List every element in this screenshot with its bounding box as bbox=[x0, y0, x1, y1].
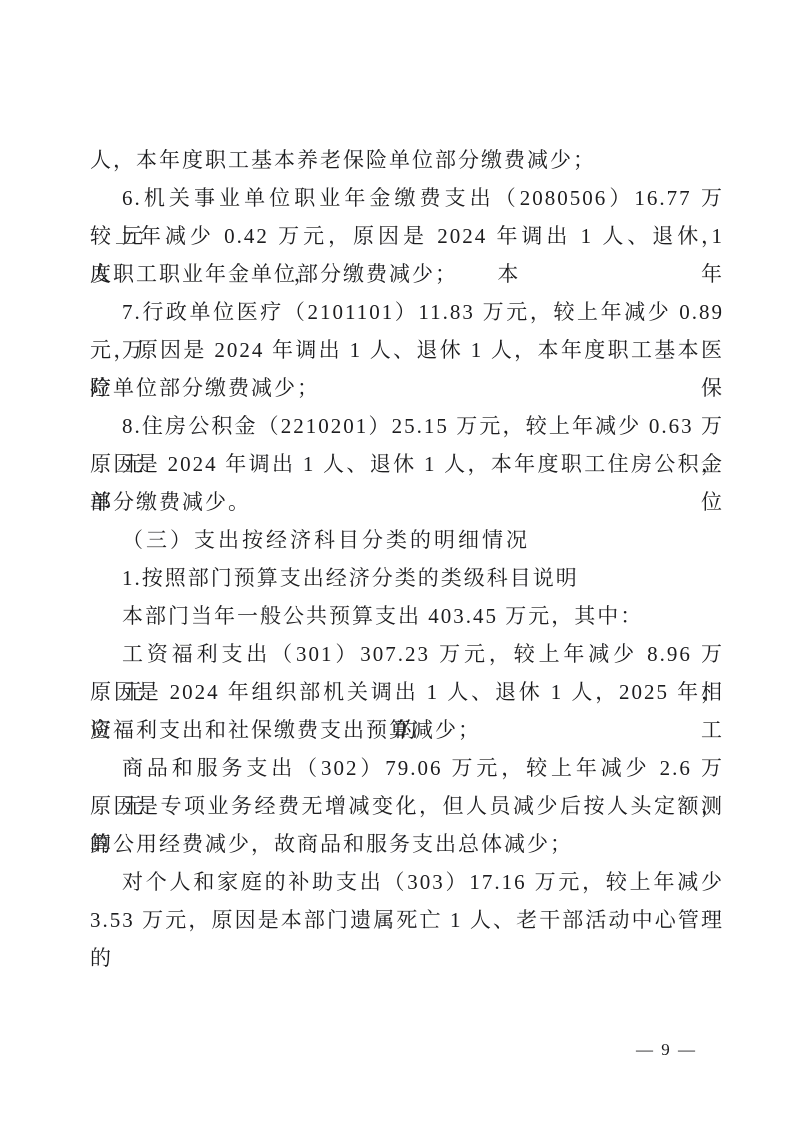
text-line: 本部门当年一般公共预算支出 403.45 万元，其中： bbox=[90, 597, 724, 635]
text-line: 的公用经费减少，故商品和服务支出总体减少； bbox=[90, 825, 724, 863]
page-number: — 9 — bbox=[636, 1038, 697, 1062]
text-line: 对个人和家庭的补助支出（303）17.16 万元，较上年减少 bbox=[90, 863, 724, 901]
text-line: 6.机关事业单位职业年金缴费支出（2080506）16.77 万元， bbox=[90, 179, 724, 217]
text-line: 人，本年度职工基本养老保险单位部分缴费减少； bbox=[90, 141, 724, 179]
text-line: 原因是专项业务经费无增减变化，但人员减少后按人头定额测算 bbox=[90, 787, 724, 825]
subsection-title: 1.按照部门预算支出经济分类的类级科目说明 bbox=[90, 559, 724, 597]
text-line: 7.行政单位医疗（2101101）11.83 万元，较上年减少 0.89 万 bbox=[90, 293, 724, 331]
text-line: 原因是 2024 年组织部机关调出 1 人、退休 1 人，2025 年相应的工 bbox=[90, 673, 724, 711]
text-line: 3.53 万元，原因是本部门遗属死亡 1 人、老干部活动中心管理的 bbox=[90, 901, 724, 939]
document-page: 人，本年度职工基本养老保险单位部分缴费减少； 6.机关事业单位职业年金缴费支出（… bbox=[0, 0, 792, 1121]
text-line: 元，原因是 2024 年调出 1 人、退休 1 人，本年度职工基本医疗保 bbox=[90, 331, 724, 369]
text-line: 商品和服务支出（302）79.06 万元，较上年减少 2.6 万元， bbox=[90, 749, 724, 787]
document-text-block: 人，本年度职工基本养老保险单位部分缴费减少； 6.机关事业单位职业年金缴费支出（… bbox=[90, 141, 724, 939]
text-line: 工资福利支出（301）307.23 万元，较上年减少 8.96 万元， bbox=[90, 635, 724, 673]
text-line: 原因是 2024 年调出 1 人、退休 1 人，本年度职工住房公积金单位 bbox=[90, 445, 724, 483]
text-line: 较上年减少 0.42 万元，原因是 2024 年调出 1 人、退休 1 人，本年 bbox=[90, 217, 724, 255]
text-line: 8.住房公积金（2210201）25.15 万元，较上年减少 0.63 万元， bbox=[90, 407, 724, 445]
section-heading: （三）支出按经济科目分类的明细情况 bbox=[90, 521, 724, 559]
